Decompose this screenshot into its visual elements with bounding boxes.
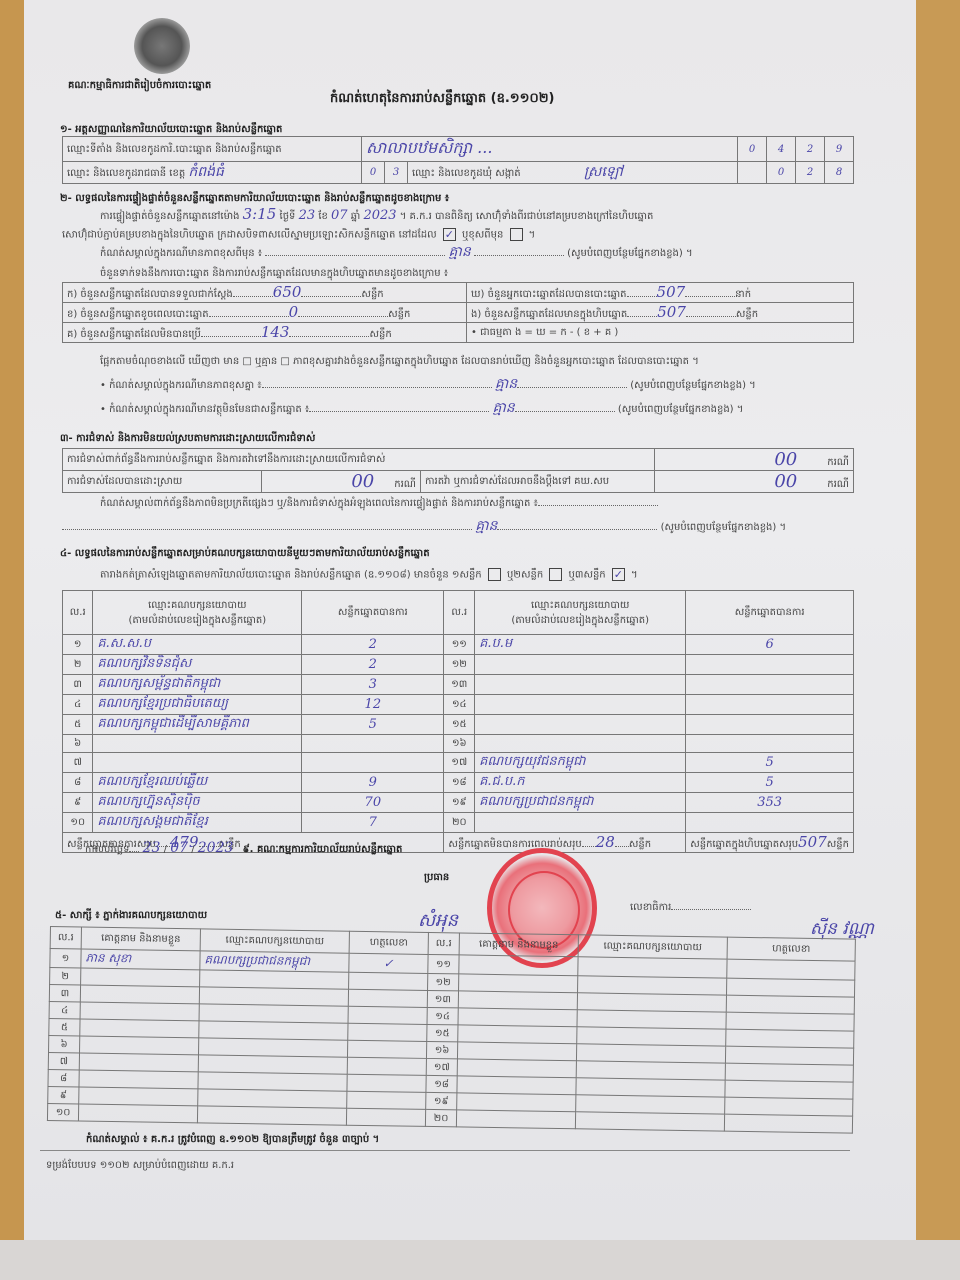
- witness-name: [79, 1070, 198, 1089]
- empty-cell: [575, 1112, 724, 1131]
- party-name: គណបក្សប្រជាជនកម្ពុជា: [475, 793, 686, 813]
- witness-signature: [348, 989, 427, 1007]
- vote-count: [686, 715, 854, 735]
- empty-cell: [727, 959, 855, 980]
- row-number: ២០: [444, 813, 475, 833]
- section3-note: កំណត់សម្គាល់ពាក់ព័ន្ធនឹងភាពមិនប្រក្រតីផ្…: [100, 498, 860, 510]
- objections-count: 00: [774, 449, 797, 470]
- witness-signature: [348, 1006, 427, 1024]
- vote-count: 5: [302, 715, 444, 735]
- row-number: ១៨: [426, 1075, 457, 1092]
- empty-cell: [459, 955, 578, 976]
- witness-name: [79, 1087, 198, 1106]
- table-row: ៥គណបក្សកម្ពុជាដើម្បីសាមគ្គីភាព5១៥: [63, 715, 854, 735]
- party-name: [475, 715, 686, 735]
- empty-cell: [456, 1110, 575, 1129]
- vote-count: 9: [302, 773, 444, 793]
- party-name: គណបក្សសង្គមជាតិខ្មែរ: [93, 813, 302, 833]
- party-name: [93, 735, 302, 753]
- table-row: ៧១៧គណបក្សយុវជនកម្ពុជា5: [63, 753, 854, 773]
- vote-count: [686, 735, 854, 753]
- code-digit: 0: [738, 137, 767, 162]
- row-number: ៦: [63, 735, 93, 753]
- row-number: ៧: [48, 1052, 79, 1069]
- section2-heading: ២- លទ្ធផលនៃការផ្ទៀងផ្ទាត់ចំនួនសន្លឹកឆ្នោ…: [60, 193, 860, 205]
- empty-cell: [459, 974, 578, 993]
- sheet2-checkbox[interactable]: [549, 568, 562, 581]
- row-number: ៩: [63, 793, 93, 813]
- time-value: 3:15: [243, 205, 277, 223]
- vote-count: 70: [302, 793, 444, 813]
- empty-cell: [725, 1080, 853, 1099]
- row-number: ៩: [48, 1086, 79, 1103]
- background-surface: [0, 1240, 960, 1280]
- empty-cell: [457, 1042, 576, 1061]
- witness-name: ភាន សុខា: [81, 949, 200, 970]
- vote-count: 2: [302, 635, 444, 655]
- empty-cell: [724, 1114, 852, 1133]
- witness-name: [80, 985, 199, 1004]
- vote-count: 3: [302, 675, 444, 695]
- appeal-count: 00: [774, 471, 797, 492]
- section4-heading: ៤- លទ្ធផលនៃការរាប់សន្លឹកឆ្នោតសម្រាប់គណបក…: [60, 548, 430, 560]
- date-line: កាលបរិច្ឆេទ 23 / 07 / 2023 ៩. គណៈកម្មការ…: [85, 842, 785, 856]
- month-value: 07: [331, 208, 348, 223]
- commune-label: ឈ្មោះ និងលេខកូដឃុំ សង្កាត់ ស្រឡៅ: [408, 162, 738, 184]
- code-digit: 2: [796, 137, 825, 162]
- unused-ballots: 143: [261, 323, 290, 341]
- row-number: ៦: [49, 1035, 80, 1052]
- time-line: ការផ្ទៀងផ្ទាត់ចំនួនសន្លឹកឆ្នោតនៅម៉ោង 3:1…: [100, 208, 860, 223]
- sheet3-checkbox[interactable]: ✓: [612, 568, 625, 581]
- ministry-header: គណៈកម្មាធិការជាតិរៀបចំការបោះឆ្នោត: [68, 80, 211, 92]
- section2-note: កំណត់សម្គាល់ក្នុងករណីមានភាពខុសពីមុន ៖ គ្…: [100, 246, 860, 260]
- party-name: គណបក្សសម្ព័ន្ធជាតិកម្ពុជា: [93, 675, 302, 695]
- section3-note-line2: គ្មាន (សូមបំពេញបន្ថែមផ្នែកខាងខ្លង) ។: [62, 520, 862, 534]
- different-checkbox[interactable]: [510, 228, 523, 241]
- witness-signature: ✓: [349, 953, 428, 973]
- seal-line: សោហ៊ុំជាប់ភ្ជាប់គម្របខាងក្នុងនៃហិបឆ្នោត …: [62, 228, 862, 242]
- vote-count: 5: [686, 773, 854, 793]
- row-number: ១២: [444, 655, 475, 675]
- box-total: 507: [798, 833, 827, 851]
- party-name: គណបក្សកម្ពុជាដើម្បីសាមគ្គីភាព: [93, 715, 302, 735]
- vote-count: [686, 675, 854, 695]
- chair-label: ប្រធាន: [424, 872, 449, 884]
- empty-cell: [458, 991, 577, 1010]
- row-number: ១៧: [444, 753, 475, 773]
- row-number: ៨: [63, 773, 93, 793]
- empty-cell: [457, 1093, 576, 1112]
- row-number: ៤: [49, 1001, 80, 1018]
- polling-station-table: ឈ្មោះទីតាំង និងលេខកូដការិ.បោះឆ្នោត និងរា…: [62, 136, 854, 184]
- year-value: 2023: [363, 208, 396, 223]
- empty-cell: [726, 995, 854, 1014]
- vote-count: [302, 735, 444, 753]
- table-row: ៩គណបក្សហ្វ៊ុនស៊ិនប៉ិច70១៩គណបក្សប្រជាជនកម…: [63, 793, 854, 813]
- national-emblem-icon: [134, 18, 190, 74]
- row-number: ១៨: [444, 773, 475, 793]
- empty-cell: [725, 1097, 853, 1116]
- party-name: គណបក្សយុវជនកម្ពុជា: [475, 753, 686, 773]
- witness-name: [78, 1104, 197, 1123]
- row-number: ១៦: [426, 1041, 457, 1058]
- counts-intro: ចំនួនទាក់ទងនឹងការបោះឆ្នោត និងការរាប់សន្ល…: [100, 268, 448, 280]
- ballots-in-box: 507: [657, 303, 686, 321]
- row-number: ២: [50, 968, 81, 985]
- empty-cell: [725, 1046, 853, 1065]
- secretary-label: លេខាធិការ: [630, 902, 751, 914]
- form-note: ទម្រង់បែបបទ ១១០២ សម្រាប់បំពេញដោយ គ.ក.រ: [46, 1160, 234, 1172]
- day-value: 23: [299, 208, 316, 223]
- empty-cell: [457, 1059, 576, 1078]
- voters-count: 507: [657, 283, 686, 301]
- spoiled-ballots: 0: [289, 303, 299, 321]
- witness-signature: [347, 1040, 426, 1058]
- received-ballots: 650: [273, 283, 302, 301]
- empty-cell: [578, 957, 727, 978]
- empty-cell: [726, 978, 854, 997]
- party-name: គណបក្សខ្មែរឈប់ឆ្លើយ: [93, 773, 302, 793]
- witness-name: [80, 1019, 199, 1038]
- row-number: ៥: [63, 715, 93, 735]
- party-name: គណបក្សហ្វ៊ុនស៊ិនប៉ិច: [93, 793, 302, 813]
- code-digit: 3: [385, 162, 408, 184]
- witness-signature: [347, 1074, 426, 1092]
- row-number: ២: [63, 655, 93, 675]
- divider: [40, 1150, 850, 1151]
- vote-count: 2: [302, 655, 444, 675]
- row-number: ១០: [47, 1103, 78, 1120]
- province-label: ឈ្មោះ និងលេខកូដរាជធានី ខេត្ត កំពង់ធំ: [63, 162, 362, 184]
- witness-signature: [347, 1091, 426, 1109]
- sheet1-checkbox[interactable]: [488, 568, 501, 581]
- note-value: គ្មាន: [449, 244, 471, 260]
- witness-signature: [347, 1057, 426, 1075]
- polling-station-value: សាលាបឋមសិក្សា ...: [362, 137, 738, 162]
- row-number: ១០: [63, 813, 93, 833]
- row-number: ១៤: [427, 1007, 458, 1024]
- party-name: [475, 813, 686, 833]
- vote-count: 5: [686, 753, 854, 773]
- polling-station-label: ឈ្មោះទីតាំង និងលេខកូដការិ.បោះឆ្នោត និងរា…: [63, 137, 362, 162]
- commune-value: ស្រឡៅ: [584, 164, 623, 180]
- table-row: ១គ.ស.ស.ប2១១គ.ប.ម6: [63, 635, 854, 655]
- row-number: ១២: [428, 973, 459, 990]
- row-number: ១: [50, 949, 81, 968]
- section3-heading: ៣- ការជំទាស់ និងការមិនយល់ស្របតាមការដោះស្…: [60, 433, 315, 445]
- objections-table: ការជំទាស់ពាក់ព័ន្ធនឹងការរាប់សន្លឹកឆ្នោត …: [62, 448, 854, 493]
- page-title: កំណត់ហេតុនៃការរាប់សន្លឹកឆ្នោត (ឧ.១១០២): [330, 90, 554, 109]
- table-row: ៣គណបក្សសម្ព័ន្ធជាតិកម្ពុជា3១៣: [63, 675, 854, 695]
- sheets-line: តារាងកត់ត្រាសំឡេងឆ្នោតតាមការិយាល័យបោះឆ្ន…: [100, 568, 860, 582]
- row-number: ២០: [425, 1109, 456, 1126]
- vote-count: 353: [686, 793, 854, 813]
- witness-party: [197, 1106, 346, 1125]
- empty-cell: [726, 1029, 854, 1048]
- row-number: ១៣: [444, 675, 475, 695]
- footnote: កំណត់សម្គាល់ ៖ គ.ក.រ ត្រូវបំពេញ ឧ.១១០២ ឱ…: [86, 1134, 379, 1146]
- empty-cell: [458, 1008, 577, 1027]
- vote-count: 7: [302, 813, 444, 833]
- witness-signature: [348, 1023, 427, 1041]
- code-digit: 8: [825, 162, 854, 184]
- code-digit: 4: [767, 137, 796, 162]
- witness-name: [81, 968, 200, 987]
- row-number: ៣: [49, 985, 80, 1002]
- table-row: ៨គណបក្សខ្មែរឈប់ឆ្លើយ9១៨គ.ជ.ប.ក5: [63, 773, 854, 793]
- formula: • ជាធម្មតា ង = ឃ = ក - ( ខ + គ ): [467, 323, 854, 343]
- bullet2: • កំណត់សម្គាល់ក្នុងករណីមានវត្ថុមិនមែនជាស…: [100, 402, 860, 416]
- row-number: ១៥: [444, 715, 475, 735]
- row-number: ១៣: [427, 990, 458, 1007]
- vote-count: [686, 655, 854, 675]
- party-name: [475, 675, 686, 695]
- section1-heading: ១- អត្តសញ្ញាណនៃការិយាល័យបោះឆ្នោត និងរាប់…: [60, 124, 282, 136]
- party-results-table: ល.រ ឈ្មោះគណបក្សនយោបាយ(តាមលំដាប់លេខរៀងក្ន…: [62, 590, 854, 853]
- counts-table: ក) ចំនួនសន្លឹកឆ្នោតដែលបានទទួលជាក់ស្តែង65…: [62, 282, 854, 343]
- discrepancy-line: ផ្អែកតាមចំណុចខាងលើ ឃើញថា មាន □ ឬគ្មាន □ …: [100, 356, 860, 368]
- witness-signature: [346, 1108, 425, 1126]
- row-number: ៥: [49, 1018, 80, 1035]
- row-number: ១៤: [444, 695, 475, 715]
- row-number: ១៥: [427, 1024, 458, 1041]
- witness-table: ល.រ គោត្តនាម និងនាមខ្លួន ឈ្មោះគណបក្សនយោប…: [47, 926, 856, 1134]
- vote-count: 6: [686, 635, 854, 655]
- row-number: ១១: [444, 635, 475, 655]
- resolved-count: 00: [351, 471, 374, 492]
- party-name: គណបក្សវិនទិនជុំស: [93, 655, 302, 675]
- code-digit: 0: [767, 162, 796, 184]
- empty-cell: [458, 1025, 577, 1044]
- witness-party: គណបក្សប្រជាជនកម្ពុជា: [200, 951, 349, 972]
- section5-heading: ៥- សាក្សី ៖ ភ្នាក់ងារគណបក្សនយោបាយ: [55, 910, 207, 922]
- province-value: កំពង់ធំ: [188, 164, 224, 180]
- row-number: ៤: [63, 695, 93, 715]
- empty-cell: [726, 1012, 854, 1031]
- code-digit: 2: [796, 162, 825, 184]
- party-name: [475, 655, 686, 675]
- vote-count: [686, 695, 854, 715]
- table-row: ១០គណបក្សសង្គមជាតិខ្មែរ7២០: [63, 813, 854, 833]
- row-number: ១: [63, 635, 93, 655]
- code-digit: 9: [825, 137, 854, 162]
- row-number: ១១: [428, 954, 459, 973]
- row-number: ៣: [63, 675, 93, 695]
- party-name: [475, 735, 686, 753]
- party-name: [93, 753, 302, 773]
- party-name: គ.ជ.ប.ក: [475, 773, 686, 793]
- code-digit: 0: [362, 162, 385, 184]
- party-name: គណបក្សខ្មែរប្រជាធិបតេយ្យ: [93, 695, 302, 715]
- vote-count: [302, 753, 444, 773]
- party-name: [475, 695, 686, 715]
- intact-checkbox[interactable]: ✓: [443, 228, 456, 241]
- witness-name: [79, 1053, 198, 1072]
- party-name: គ.ស.ស.ប: [93, 635, 302, 655]
- row-number: ៧: [63, 753, 93, 773]
- vote-count: [686, 813, 854, 833]
- party-name: គ.ប.ម: [475, 635, 686, 655]
- row-number: ១៩: [426, 1092, 457, 1109]
- bullet1: • កំណត់សម្គាល់ក្នុងករណីមានភាពខុសគ្នា ៖ គ…: [100, 378, 860, 392]
- row-number: ១៧: [426, 1058, 457, 1075]
- row-number: ៨: [48, 1069, 79, 1086]
- witness-name: [80, 1002, 199, 1021]
- table-row: ៤គណបក្សខ្មែរប្រជាធិបតេយ្យ12១៤: [63, 695, 854, 715]
- witness-name: [80, 1036, 199, 1055]
- empty-cell: [457, 1076, 576, 1095]
- row-number: ១៩: [444, 793, 475, 813]
- row-number: ១៦: [444, 735, 475, 753]
- wooden-frame-right: [910, 0, 960, 1280]
- witness-signature: [349, 972, 428, 990]
- table-row: ២គណបក្សវិនទិនជុំស2១២: [63, 655, 854, 675]
- vote-count: 12: [302, 695, 444, 715]
- empty-cell: [725, 1063, 853, 1082]
- table-row: ៦១៦: [63, 735, 854, 753]
